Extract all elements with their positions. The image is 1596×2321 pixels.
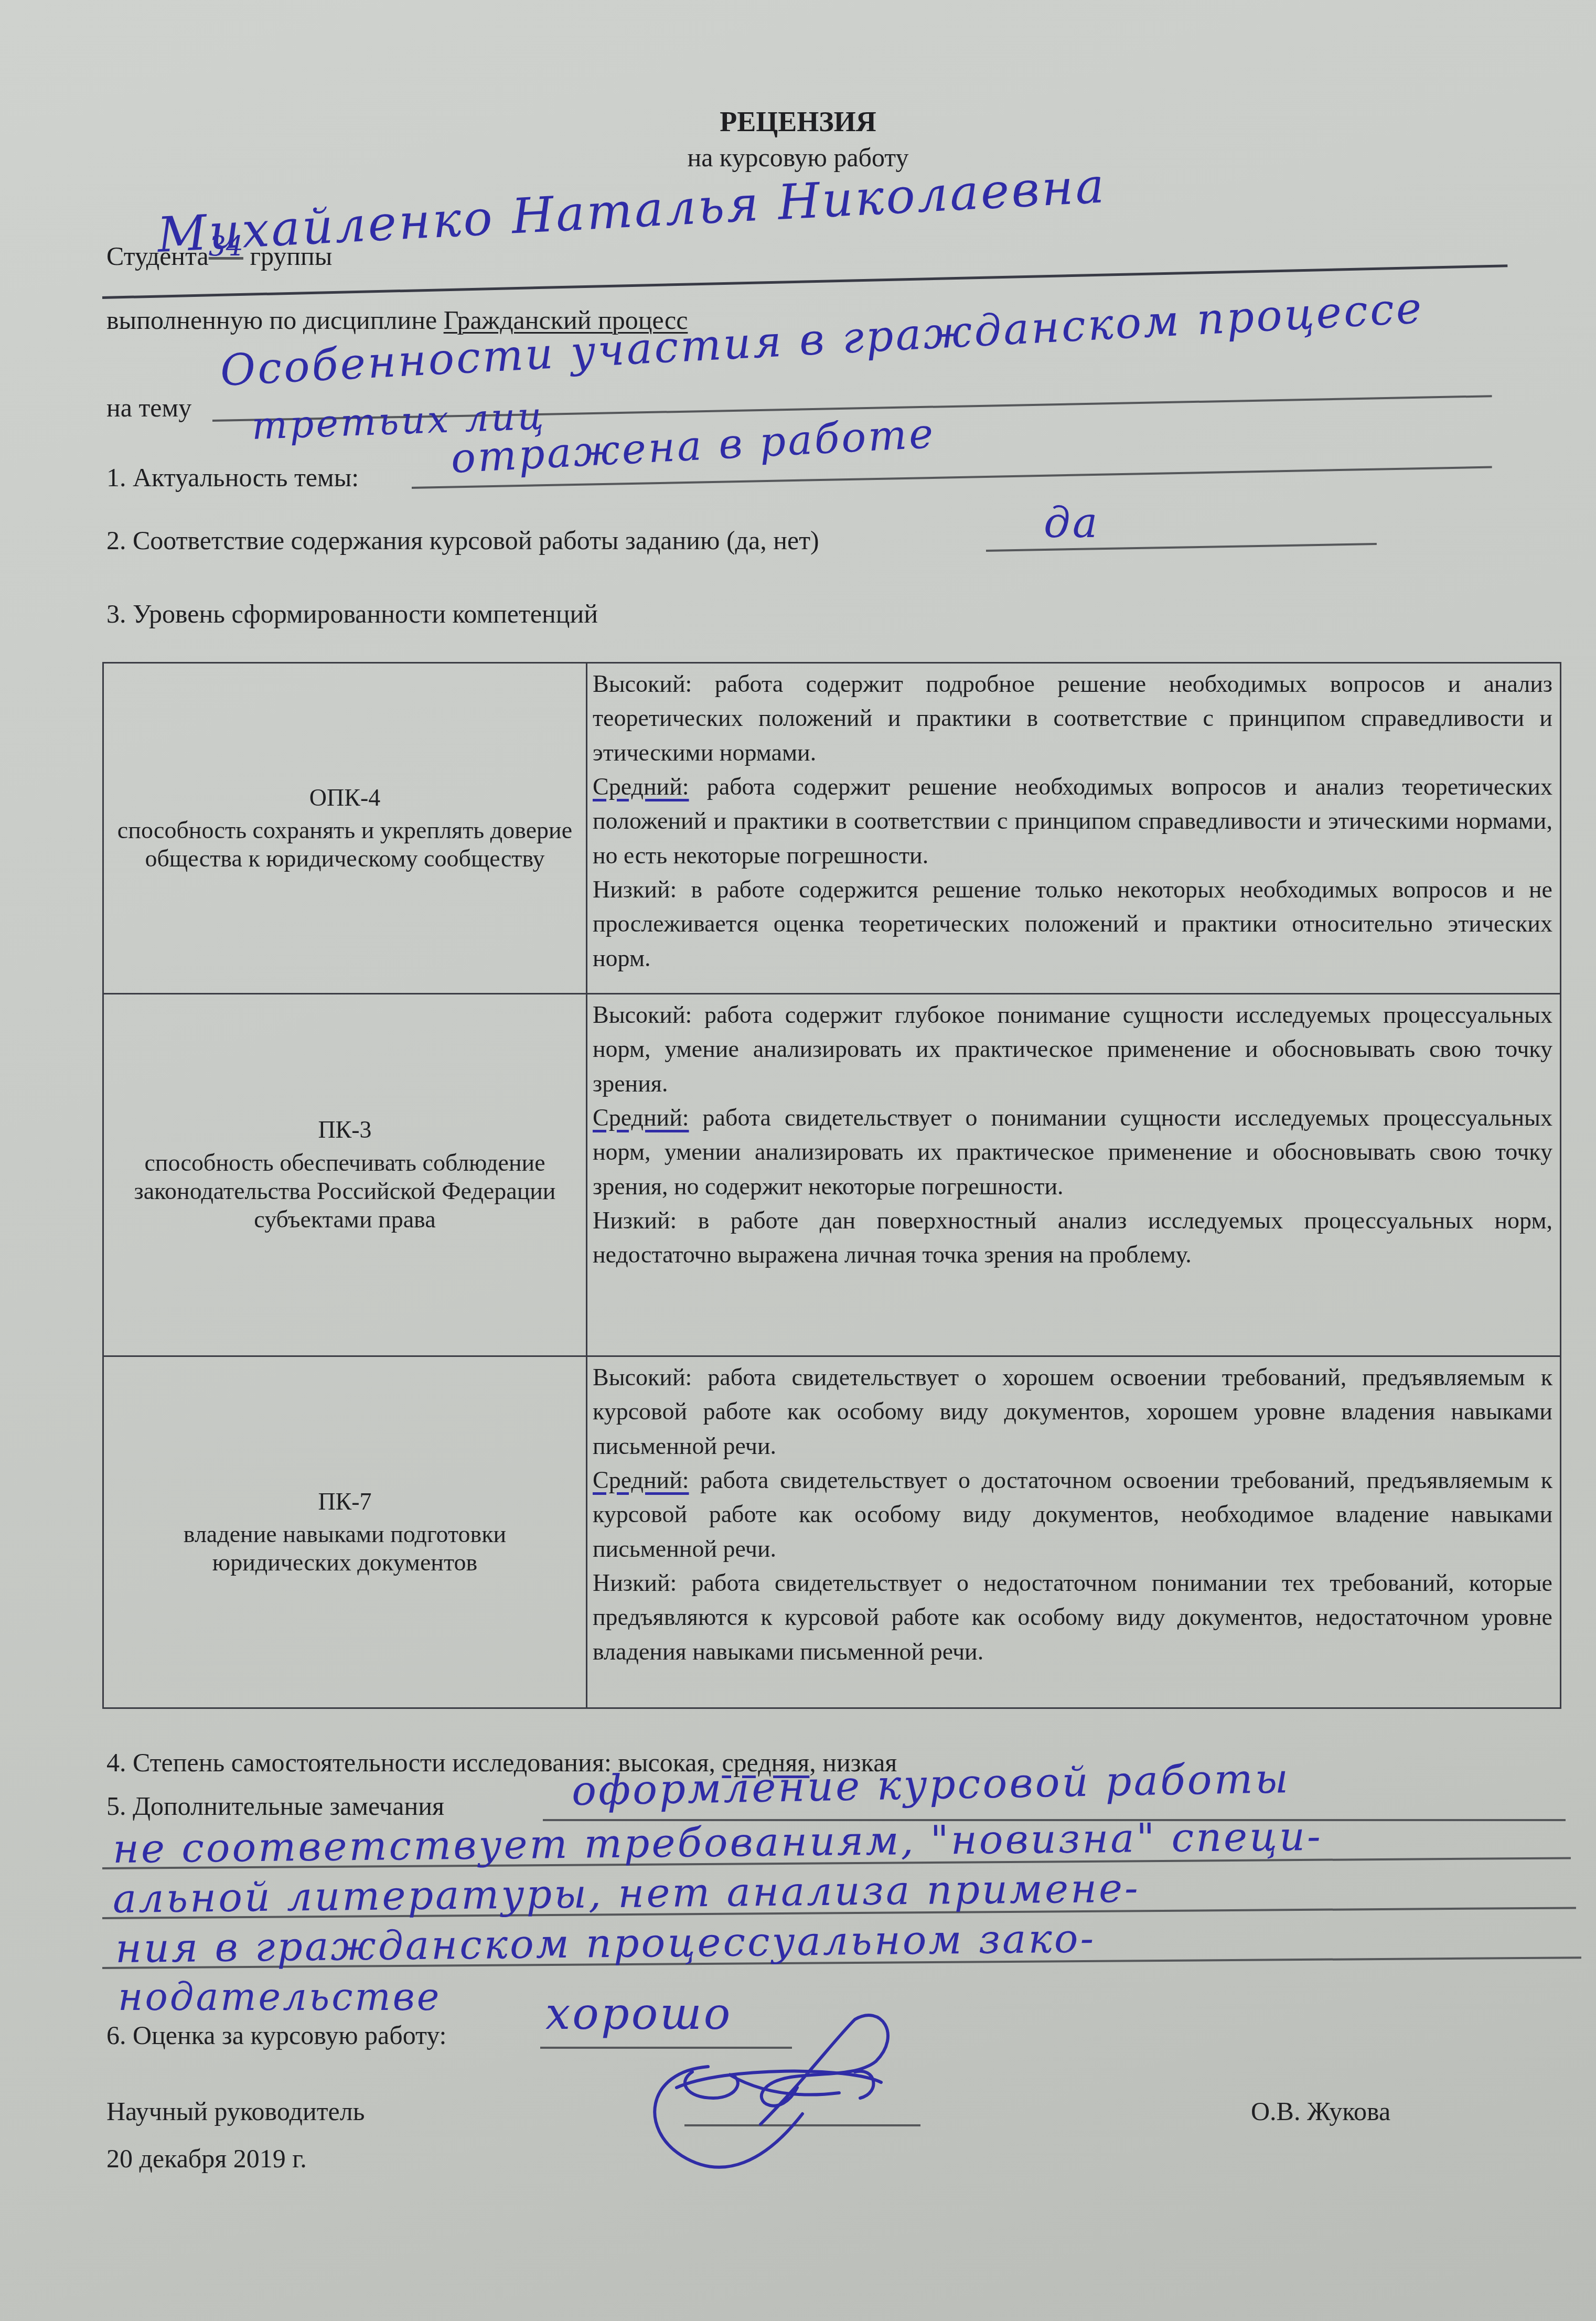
remarks-label: 5. Дополнительные замечания	[106, 1793, 444, 1819]
level-text: работа содержит решение необходимых вопр…	[593, 773, 1552, 869]
topic-label: на тему	[106, 394, 191, 421]
level-text: работа содержит глубокое понимание сущно…	[593, 1001, 1552, 1097]
level-text: в работе содержится решение только некот…	[593, 876, 1552, 971]
level-high: Высокий: работа свидетельствует о хороше…	[593, 1360, 1552, 1463]
grade-label: 6. Оценка за курсовую работу:	[106, 2022, 446, 2048]
level-low: Низкий: работа свидетельствует о недоста…	[593, 1566, 1552, 1668]
level-name-marked[interactable]: Средний:	[593, 773, 689, 800]
supervisor-name: О.В. Жукова	[1251, 2098, 1390, 2124]
level-text: работа свидетельствует о недостаточном п…	[593, 1569, 1552, 1665]
level-text: работа свидетельствует о достаточном осв…	[593, 1467, 1552, 1562]
competencies-label: 3. Уровень сформированности компетенций	[106, 601, 598, 627]
level-text: работа свидетельствует о понимании сущно…	[593, 1104, 1552, 1200]
competency-description: способность обеспечивать соблюдение зако…	[114, 1149, 575, 1234]
level-name: Высокий:	[593, 1364, 692, 1391]
level-medium[interactable]: Средний: работа свидетельствует о достат…	[593, 1463, 1552, 1566]
level-medium[interactable]: Средний: работа свидетельствует о понима…	[593, 1100, 1552, 1203]
remarks-text-3[interactable]: альной литературы, нет анализа примене-	[113, 1864, 1141, 1922]
review-date: 20 декабря 2019 г.	[106, 2145, 307, 2172]
relevance-label: 1. Актуальность темы:	[106, 464, 359, 490]
competency-row-pk7: ПК-7 владение навыками подготовки юридич…	[104, 1355, 1560, 1707]
discipline-label: выполненную по дисциплине	[106, 305, 437, 335]
competency-code: ОПК-4	[309, 784, 380, 812]
level-high: Высокий: работа содержит подробное решен…	[593, 667, 1552, 769]
level-name: Высокий:	[593, 670, 692, 697]
independence-label: 4. Степень самостоятельности исследовани…	[106, 1748, 612, 1777]
student-name-field[interactable]: Михайленко Наталья Николаевна	[156, 157, 1107, 263]
competency-row-pk3: ПК-3 способность обеспечивать соблюдение…	[104, 993, 1560, 1355]
competency-code: ПК-3	[318, 1116, 371, 1144]
level-high: Высокий: работа содержит глубокое понима…	[593, 998, 1552, 1100]
topic-field-line1[interactable]: Особенности участия в гражданском процес…	[219, 283, 1425, 396]
level-name: Низкий:	[593, 1569, 677, 1596]
review-form-page: РЕЦЕНЗИЯ на курсовую работу Студента34 г…	[0, 0, 1596, 2321]
level-text: работа свидетельствует о хорошем освоени…	[593, 1364, 1552, 1459]
level-name-marked[interactable]: Средний:	[593, 1104, 689, 1131]
level-name-marked[interactable]: Средний:	[593, 1467, 689, 1493]
competency-levels-cell: Высокий: работа свидетельствует о хороше…	[587, 1357, 1560, 1707]
level-name: Низкий:	[593, 1207, 677, 1234]
remarks-text-5[interactable]: нодательстве	[118, 1975, 441, 2019]
competency-description: способность сохранять и укреплять довери…	[114, 816, 575, 873]
level-low: Низкий: в работе содержится решение толь…	[593, 872, 1552, 975]
supervisor-signature	[629, 2009, 923, 2182]
competency-code-cell: ПК-7 владение навыками подготовки юридич…	[104, 1357, 587, 1707]
competency-code: ПК-7	[318, 1488, 371, 1516]
competency-code-cell: ОПК-4 способность сохранять и укреплять …	[104, 664, 587, 993]
competency-row-opk4: ОПК-4 способность сохранять и укреплять …	[104, 664, 1560, 993]
document-subtitle: на курсовую работу	[0, 144, 1596, 170]
level-text: работа содержит подробное решение необхо…	[593, 670, 1552, 766]
level-name: Высокий:	[593, 1001, 692, 1028]
remarks-text-2[interactable]: не соответствует требованиям, "новизна" …	[113, 1813, 1323, 1872]
compliance-field[interactable]: да	[1044, 498, 1099, 547]
compliance-label: 2. Соответствие содержания курсовой рабо…	[106, 527, 819, 553]
competencies-table: ОПК-4 способность сохранять и укреплять …	[102, 662, 1561, 1709]
supervisor-label: Научный руководитель	[106, 2098, 365, 2124]
level-name: Низкий:	[593, 876, 677, 903]
competency-levels-cell: Высокий: работа содержит глубокое понима…	[587, 994, 1560, 1355]
competency-code-cell: ПК-3 способность обеспечивать соблюдение…	[104, 994, 587, 1355]
level-low: Низкий: в работе дан поверхностный анали…	[593, 1203, 1552, 1272]
competency-description: владение навыками подготовки юридических…	[114, 1520, 575, 1577]
document-title: РЕЦЕНЗИЯ	[0, 108, 1596, 136]
level-medium[interactable]: Средний: работа содержит решение необход…	[593, 769, 1552, 872]
level-text: в работе дан поверхностный анализ исслед…	[593, 1207, 1552, 1268]
competency-levels-cell: Высокий: работа содержит подробное решен…	[587, 664, 1560, 993]
